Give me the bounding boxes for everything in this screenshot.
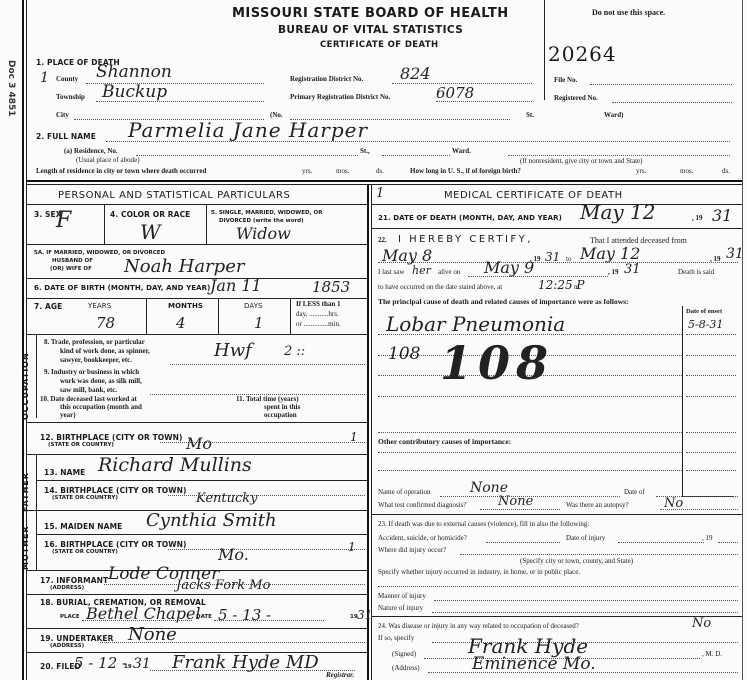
margin-mark: 1 [348, 540, 356, 554]
occupational-label: 24. Was disease or injury in any way rel… [378, 622, 579, 630]
father-name-value: Richard Mullins [98, 454, 252, 476]
filed-year-prefix: 19 [124, 664, 132, 670]
registrar-signature: Frank Hyde MD [172, 652, 319, 673]
side-divider [36, 510, 37, 570]
row-line [36, 534, 367, 535]
residence-sub: (Usual place of abode) [76, 156, 140, 164]
column-divider [367, 184, 369, 680]
office-note: Do not use this space. [592, 8, 665, 17]
birthplace-label-2: (STATE OR COUNTRY) [48, 442, 114, 448]
specify-line [378, 586, 738, 587]
length-of-residence-label: Length of residence in city or town wher… [36, 167, 206, 175]
date-of-label: Date of [624, 488, 645, 496]
onset-line [686, 375, 736, 376]
side-divider [36, 334, 37, 418]
mother-birthplace-value: Mo. [218, 545, 249, 564]
attended-to-year-prefix: , 19 [710, 255, 721, 263]
test-value: None [498, 494, 533, 509]
burial-year: 31 [357, 608, 372, 622]
other-causes-label: Other contributory causes of importance: [378, 437, 511, 446]
bureau-title: BUREAU OF VITAL STATISTICS [278, 24, 463, 36]
where-line [460, 554, 738, 555]
mos-label: mos. [336, 167, 349, 175]
ds-label: ds. [376, 167, 384, 175]
occurred-label: to have occurred on the date stated abov… [378, 283, 502, 291]
years-label: YEARS [88, 302, 111, 310]
total-time-label-1: 11. Total time (years) [236, 395, 299, 403]
board-title: MISSOURI STATE BOARD OF HEALTH [232, 6, 509, 21]
file-no-field [590, 84, 732, 85]
last-saw-label: I last saw [378, 268, 404, 276]
right-border [742, 0, 743, 680]
operation-label: Name of operation [378, 488, 430, 496]
trade-label-2: kind of work done, as spinner, [60, 347, 150, 355]
race-label: 4. COLOR OR RACE [110, 210, 190, 219]
full-name-value: Parmelia Jane Harper [128, 118, 368, 142]
burial-place-label: PLACE [60, 614, 80, 620]
to-label: to [566, 255, 571, 263]
file-no-label: File No. [554, 76, 577, 84]
row-line [371, 514, 742, 515]
county-label: County [56, 75, 78, 83]
total-time-label-3: occupation [264, 411, 297, 419]
undertaker-sub: (ADDRESS) [50, 643, 84, 649]
physician-address-label: (Address) [392, 664, 420, 672]
total-time-label-2: spent in this [264, 403, 300, 411]
date-of-injury-label: Date of injury [566, 534, 605, 542]
external-causes-label: 23. If death was due to external causes … [378, 520, 589, 528]
registered-no-field [612, 102, 732, 103]
row-line [371, 616, 742, 617]
industry-label-3: saw mill, bank, etc. [60, 386, 117, 394]
cause-line [378, 432, 682, 433]
alive-on-label: alive on [438, 268, 460, 276]
last-worked-label-1: 10. Date deceased last worked at [40, 395, 137, 403]
cell-divider [104, 204, 105, 244]
principal-cause-label: The principal cause of death and related… [378, 297, 629, 306]
less-than-label-2: day, ...........hrs. [296, 310, 339, 318]
onset-line [686, 470, 736, 471]
informant-label: 17. INFORMANT [40, 576, 108, 585]
cell-divider [290, 298, 291, 334]
physician-address: Eminence Mo. [472, 654, 596, 674]
last-saw-pronoun: her [412, 264, 431, 277]
office-box-divider [544, 0, 545, 100]
column-divider-2 [371, 184, 372, 680]
mother-maiden-name-label: 15. MAIDEN NAME [44, 522, 122, 531]
months-label: MONTHS [168, 302, 203, 310]
date-of-death-label: 21. DATE OF DEATH (MONTH, DAY, AND YEAR) [378, 214, 562, 222]
date-of-death-year-prefix: , 19 [692, 214, 703, 222]
trade-line [170, 364, 365, 365]
cell-divider [206, 204, 207, 244]
full-name-label: 2. FULL NAME [36, 132, 96, 141]
header-divider-2 [26, 184, 742, 185]
ward-label: Ward) [604, 111, 623, 119]
race-value: W [140, 220, 161, 244]
filed-date: 5 - 12 - [74, 654, 127, 672]
mother-birthplace-line [168, 549, 365, 550]
occupational-value: No [692, 616, 711, 631]
where-label: Where did injury occur? [378, 546, 446, 554]
personal-heading: PERSONAL AND STATISTICAL PARTICULARS [58, 190, 290, 201]
last-saw-year-prefix: , 19 [608, 268, 619, 276]
trade-label-3: sawyer, bookkeeper, etc. [60, 356, 132, 364]
date-of-onset-label: Date of onset [686, 308, 722, 315]
age-years-value: 78 [96, 314, 115, 332]
registration-district-label: Registration District No. [290, 75, 363, 83]
residence-ward-label: Ward. [452, 147, 471, 155]
dob-year: 1853 [312, 278, 350, 296]
time-suffix: m. [574, 283, 581, 291]
onset-line [686, 432, 736, 433]
mother-birthplace-label-1: 16. BIRTHPLACE (CITY OR TOWN) [44, 540, 187, 549]
informant-address: Jacks Fork Mo [176, 578, 270, 593]
autopsy-label: Was there an autopsy? [566, 501, 629, 509]
margin-mark: 1 [40, 70, 49, 86]
trade-value: Hwf [214, 340, 252, 361]
filed-year: 31 [133, 656, 151, 672]
attended-to-year: 31 [726, 246, 744, 262]
test-label: What test confirmed diagnosis? [378, 501, 466, 509]
residence-st-label: St., [360, 147, 370, 155]
mother-maiden-name-value: Cynthia Smith [146, 510, 277, 531]
nonresident-note: (If nonresident, give city or town and S… [520, 157, 642, 165]
industry-label-1: 9. Industry or business in which [44, 368, 139, 376]
test-line [480, 509, 560, 510]
row-line [26, 628, 367, 629]
occupation-side-label: OCCUPATION [21, 340, 30, 420]
row-line [371, 228, 742, 229]
township-label: Township [56, 93, 85, 101]
header-divider [26, 180, 742, 182]
birthplace-value: Mo [186, 434, 212, 453]
age-label: 7. AGE [34, 302, 62, 311]
foreign-mos-label: mos. [680, 167, 693, 175]
cause-code-small: 108 [388, 344, 420, 364]
marital-label-1: 5. SINGLE, MARRIED, WIDOWED, OR [211, 210, 322, 216]
informant-sub: (ADDRESS) [50, 585, 84, 591]
nature-line [432, 612, 738, 613]
age-months-value: 4 [176, 314, 186, 332]
margin-stamp: Doc 3 4851 [2, 60, 16, 180]
injury-year-line [718, 542, 738, 543]
cause-code-large: 108 [440, 336, 554, 390]
trade-code: 2 :: [284, 344, 305, 359]
manner-line [434, 600, 738, 601]
last-saw-year: 31 [624, 262, 641, 277]
row-line [26, 204, 367, 205]
certify-number: 22. [378, 236, 387, 244]
primary-registration-district-value: 6078 [436, 84, 474, 102]
burial-date-label: DATE [196, 614, 212, 620]
dob-label: 6. DATE OF BIRTH (MONTH, DAY, AND YEAR) [34, 284, 210, 292]
injury-year-prefix: , 19 [702, 534, 713, 542]
side-divider [36, 454, 37, 510]
township-value: Buckup [102, 82, 167, 102]
spouse-label-3: (OR) WIFE OF [50, 266, 92, 272]
attended-from: May 8 [382, 246, 432, 265]
cell-divider [146, 298, 147, 334]
manner-label: Manner of injury [378, 592, 426, 600]
death-said-label: Death is said [678, 268, 714, 276]
cause-line [378, 470, 682, 471]
accident-label: Accident, suicide, or homicide? [378, 534, 467, 542]
days-label: DAYS [244, 302, 263, 310]
margin-mark: 1 [350, 430, 358, 444]
row-line [26, 298, 367, 299]
form-title: CERTIFICATE OF DEATH [320, 40, 439, 50]
last-worked-label-3: year) [60, 411, 76, 419]
undertaker-value: None [128, 624, 177, 645]
foreign-yrs-label: yrs. [636, 167, 646, 175]
date-of-injury-line [618, 542, 704, 543]
registration-district-value: 824 [400, 64, 431, 83]
if-so-label: If so, specify [378, 634, 414, 642]
nature-label: Nature of injury [378, 604, 423, 612]
foreign-ds-label: ds. [722, 167, 730, 175]
yrs-label: yrs. [302, 167, 312, 175]
father-birthplace-label-1: 14. BIRTHPLACE (CITY OR TOWN) [44, 486, 187, 495]
row-line [36, 480, 367, 481]
margin-mark: 1 [376, 186, 384, 201]
burial-date-value: 5 - 13 - [218, 606, 271, 624]
autopsy-value: No [664, 496, 683, 511]
date-of-onset-value: 5-8-31 [688, 318, 723, 331]
principal-cause-value: Lobar Pneumonia [386, 312, 565, 336]
row-line [26, 594, 367, 595]
death-certificate: Doc 3 4851 MISSOURI STATE BOARD OF HEALT… [0, 0, 747, 680]
last-worked-label-2: this occupation (month and [60, 403, 142, 411]
primary-registration-district-label: Primary Registration District No. [290, 93, 390, 101]
onset-box-left [682, 306, 683, 496]
less-than-label-3: or ..............min. [296, 320, 341, 328]
onset-line [686, 452, 736, 453]
father-birthplace-label-2: (STATE OR COUNTRY) [52, 495, 118, 501]
onset-line [686, 355, 736, 356]
row-line [371, 204, 742, 205]
mother-side-label: MOTHER [21, 514, 30, 570]
where-sub: (Specify city or town, county, and State… [520, 557, 633, 565]
cell-divider [218, 298, 219, 334]
father-name-label: 13. NAME [44, 468, 85, 477]
row-line [26, 422, 367, 423]
signed-label: (Signed) [392, 650, 416, 658]
attended-to: May 12 [580, 244, 640, 263]
date-of-death-value: May 12 [580, 200, 656, 224]
burial-place-value: Bethel Chapel [86, 604, 201, 623]
sex-value: F [56, 208, 71, 233]
father-side-label: FATHER [21, 462, 30, 512]
foreign-birth-label: How long in U. S., if of foreign birth? [410, 167, 521, 175]
attended-from-year: 31 [545, 250, 560, 264]
date-of-death-year: 31 [712, 206, 732, 225]
onset-line [686, 334, 736, 335]
less-than-label-1: If LESS than 1 [296, 300, 341, 308]
mother-birthplace-label-2: (STATE OR COUNTRY) [52, 549, 118, 555]
certify-text: I HEREBY CERTIFY, [398, 234, 533, 245]
residence-ward-line [382, 155, 450, 156]
residence-label: (a) Residence, No. [64, 147, 118, 155]
cause-line [378, 452, 682, 453]
trade-label-1: 8. Trade, profession, or particular [44, 338, 145, 346]
onset-line [686, 396, 736, 397]
residence-line [136, 155, 358, 156]
st-label: St. [526, 111, 534, 119]
certificate-number: 20264 [548, 42, 617, 66]
dob-month-day: Jan 11 [210, 276, 262, 295]
registrar-label: Registrar. [326, 671, 354, 679]
cause-line [378, 396, 682, 397]
nonresident-line [508, 155, 730, 156]
father-birthplace-value: Kentucky [196, 491, 258, 506]
specify-label: Specify whether injury occurred in indus… [378, 568, 580, 576]
city-label: City [56, 111, 69, 119]
row-line [26, 244, 367, 245]
spouse-value: Noah Harper [124, 256, 244, 277]
last-saw-date: May 9 [484, 258, 534, 277]
birthplace-label-1: 12. BIRTHPLACE (CITY OR TOWN) [40, 433, 183, 442]
age-days-value: 1 [254, 314, 264, 332]
md-label: , M. D. [702, 650, 722, 658]
accident-line [486, 542, 560, 543]
registered-no-label: Registered No. [554, 94, 598, 102]
row-line [26, 334, 367, 335]
marital-value: Widow [236, 224, 291, 243]
spouse-label-2: HUSBAND OF [52, 258, 93, 264]
county-value: Shannon [96, 62, 172, 82]
industry-label-2: work was done, as silk mill, [60, 377, 142, 385]
